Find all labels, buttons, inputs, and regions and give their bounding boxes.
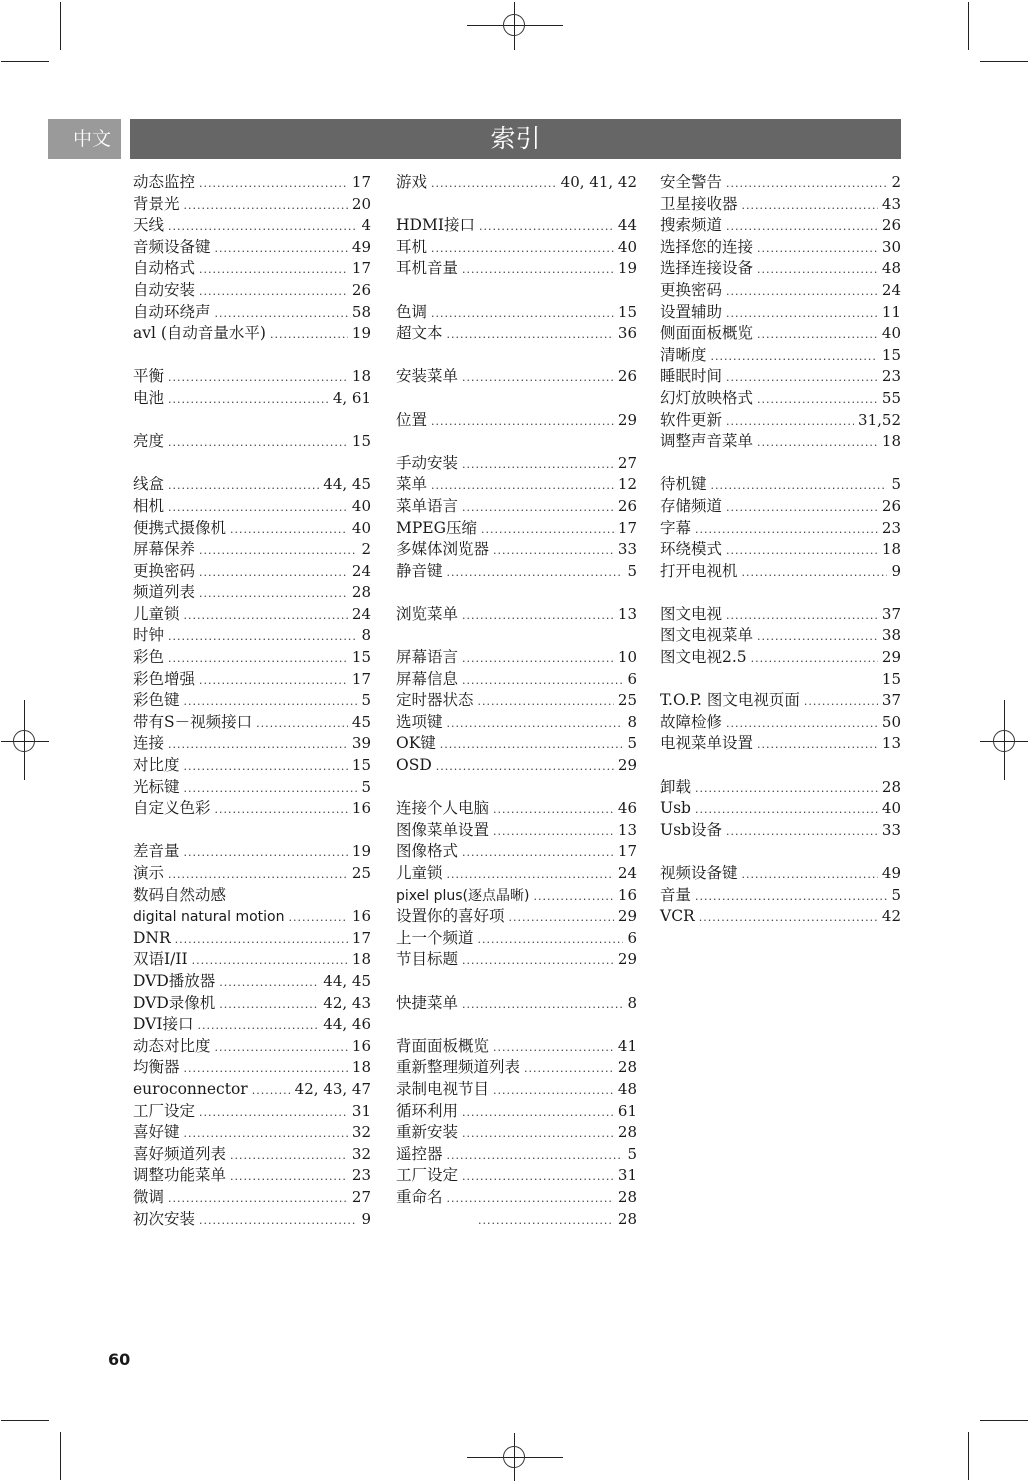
index-term: 光标键 [133, 777, 180, 799]
index-entry: 儿童锁24 [396, 863, 637, 885]
index-page-ref: 4, 61 [333, 388, 371, 410]
index-term: 喜好频道列表 [133, 1144, 226, 1166]
leader-dots [431, 411, 614, 433]
index-term: 搜索频道 [660, 215, 722, 237]
index-entry: 线盒44, 45 [133, 474, 371, 496]
index-page-ref: 29 [618, 949, 637, 971]
leader-dots [493, 1037, 614, 1059]
index-entry: T.O.P. 图文电视页面37 [660, 690, 901, 712]
leader-dots [184, 1123, 348, 1145]
leader-dots [168, 864, 348, 886]
leader-dots [230, 1145, 348, 1167]
index-page-ref: 41 [618, 1036, 637, 1058]
index-term: 图文电视 [660, 604, 722, 626]
index-entry: 选项键8 [396, 712, 637, 734]
index-term: DNR [133, 928, 171, 950]
index-entry: 重新安装28 [396, 1122, 637, 1144]
index-page-ref: 28 [618, 1187, 637, 1209]
leader-dots [695, 519, 878, 541]
index-page-ref: 26 [618, 496, 637, 518]
index-entry: 耳机音量19 [396, 258, 637, 280]
index-page-ref: 29 [618, 906, 637, 928]
index-page-ref: 29 [618, 410, 637, 432]
index-term: 重新安装 [396, 1122, 458, 1144]
index-page-ref: 15 [352, 431, 371, 453]
leader-dots [175, 929, 348, 951]
index-page-ref: 46 [618, 798, 637, 820]
index-page-ref: 16 [352, 906, 371, 928]
leader-dots [742, 195, 878, 217]
index-page-ref: 58 [352, 302, 371, 324]
index-entry: 彩色键5 [133, 690, 371, 712]
index-entry: 选择您的连接30 [660, 237, 901, 259]
leader-dots [711, 475, 888, 497]
index-term: 儿童锁 [396, 863, 443, 885]
index-page-ref: 27 [352, 1187, 371, 1209]
leader-dots [509, 907, 614, 929]
leader-dots [493, 821, 614, 843]
leader-dots [168, 497, 348, 519]
index-term: 屏幕保养 [133, 539, 195, 561]
index-page-ref: 25 [618, 690, 637, 712]
leader-dots [168, 626, 357, 648]
index-term: 均衡器 [133, 1057, 180, 1079]
index-page-ref: 17 [352, 928, 371, 950]
leader-dots [462, 1102, 614, 1124]
crop-mark [968, 1432, 969, 1480]
index-entry: 带有S－视频接口45 [133, 712, 371, 734]
index-page-ref: 18 [352, 366, 371, 388]
index-page-ref: 55 [882, 388, 901, 410]
index-term: 侧面面板概览 [660, 323, 753, 345]
spacer [660, 841, 901, 863]
index-term: 菜单语言 [396, 496, 458, 518]
index-page-ref: 13 [618, 604, 637, 626]
leader-dots [757, 626, 878, 648]
index-entry: OSD29 [396, 755, 637, 777]
index-term: 连接个人电脑 [396, 798, 489, 820]
index-term: 频道列表 [133, 582, 195, 604]
index-page-ref: 40 [618, 237, 637, 259]
index-page-ref: 5 [361, 777, 371, 799]
leader-dots [757, 389, 878, 411]
index-page-ref: 32 [352, 1122, 371, 1144]
leader-dots [726, 713, 878, 735]
index-term: 图像菜单设置 [396, 820, 489, 842]
crop-mark [60, 2, 61, 50]
index-term: MPEG压缩 [396, 518, 477, 540]
index-term: 平衡 [133, 366, 164, 388]
leader-dots [462, 497, 614, 519]
leader-dots [524, 1058, 614, 1080]
index-term: 演示 [133, 863, 164, 885]
index-page-ref: 5 [891, 885, 901, 907]
index-page-ref: 17 [352, 172, 371, 194]
leader-dots [804, 691, 878, 713]
spacer [396, 1014, 637, 1036]
crop-mark [980, 1420, 1028, 1421]
index-term: 色调 [396, 302, 427, 324]
language-tab: 中文 [48, 119, 121, 159]
leader-dots [462, 454, 614, 476]
index-entry: 15 [660, 669, 901, 691]
index-term: 初次安装 [133, 1209, 195, 1231]
leader-dots [447, 1188, 614, 1210]
index-page-ref: 18 [352, 1057, 371, 1079]
index-term: 彩色 [133, 647, 164, 669]
leader-dots [462, 950, 614, 972]
spacer [133, 410, 371, 432]
index-term: 重命名 [396, 1187, 443, 1209]
index-entry: DVD录像机42, 43 [133, 993, 371, 1015]
index-term: 相机 [133, 496, 164, 518]
leader-dots [184, 691, 358, 713]
index-page-ref: 11 [882, 302, 901, 324]
leader-dots [462, 259, 614, 281]
index-term: 屏幕信息 [396, 669, 458, 691]
index-entry: 卫星接收器43 [660, 194, 901, 216]
index-entry: 清晰度15 [660, 345, 901, 367]
index-term: 调整功能菜单 [133, 1165, 226, 1187]
leader-dots [726, 821, 878, 843]
index-page-ref: 48 [882, 258, 901, 280]
index-page-ref: 6 [627, 669, 637, 691]
index-entry: 喜好键32 [133, 1122, 371, 1144]
leader-dots [219, 972, 319, 994]
index-term: 浏览菜单 [396, 604, 458, 626]
leader-dots [168, 734, 348, 756]
index-term: 设置你的喜好项 [396, 906, 505, 928]
index-page-ref: 5 [627, 733, 637, 755]
index-entry: 图像菜单设置13 [396, 820, 637, 842]
index-entry: 工厂设定31 [133, 1101, 371, 1123]
leader-dots [230, 1166, 348, 1188]
index-page-ref: 16 [352, 798, 371, 820]
leader-dots [199, 173, 348, 195]
leader-dots [479, 216, 614, 238]
leader-dots [493, 1080, 614, 1102]
leader-dots [481, 519, 614, 541]
index-entry: 软件更新31,52 [660, 410, 901, 432]
index-entry: 彩色增强17 [133, 669, 371, 691]
index-entry: 数码自然动感 [133, 885, 371, 907]
leader-dots [726, 497, 878, 519]
leader-dots [184, 756, 348, 778]
index-term: 动态监控 [133, 172, 195, 194]
index-term: 数码自然动感 [133, 885, 226, 907]
index-term: 对比度 [133, 755, 180, 777]
index-page-ref: 40 [352, 518, 371, 540]
leader-dots [462, 994, 623, 1016]
index-term: 快捷菜单 [396, 993, 458, 1015]
index-term: 定时器状态 [396, 690, 474, 712]
leader-dots [168, 389, 329, 411]
index-page-ref: 15 [352, 755, 371, 777]
crop-mark [980, 61, 1028, 62]
leader-dots [184, 1058, 348, 1080]
index-page-ref: 19 [352, 841, 371, 863]
leader-dots [699, 907, 878, 929]
index-entry: 视频设备键49 [660, 863, 901, 885]
index-term: 微调 [133, 1187, 164, 1209]
index-page-ref: 18 [882, 431, 901, 453]
index-page-ref: 33 [882, 820, 901, 842]
leader-dots [199, 583, 348, 605]
index-term: 视频设备键 [660, 863, 738, 885]
index-term: 儿童锁 [133, 604, 180, 626]
index-page-ref: 28 [618, 1209, 637, 1231]
index-page-ref: 15 [882, 669, 901, 691]
leader-dots [726, 281, 878, 303]
leader-dots [199, 259, 348, 281]
index-entry: 幻灯放映格式55 [660, 388, 901, 410]
leader-dots [215, 799, 348, 821]
index-term: 自动环绕声 [133, 302, 211, 324]
index-term: 便携式摄像机 [133, 518, 226, 540]
index-entry: VCR42 [660, 906, 901, 928]
index-term: 调整声音菜单 [660, 431, 753, 453]
leader-dots [219, 994, 319, 1016]
index-term: 更换密码 [660, 280, 722, 302]
index-page-ref: 33 [618, 539, 637, 561]
index-entry: 屏幕保养2 [133, 539, 371, 561]
index-entry: 超文本36 [396, 323, 637, 345]
index-term: 电视菜单设置 [660, 733, 753, 755]
index-page-ref: 13 [882, 733, 901, 755]
page-number: 60 [108, 1350, 130, 1369]
leader-dots [751, 648, 878, 670]
leader-dots [168, 648, 348, 670]
spacer [133, 453, 371, 475]
index-entry: 双语I/II18 [133, 949, 371, 971]
index-entry: 静音键5 [396, 561, 637, 583]
index-page-ref: 8 [627, 993, 637, 1015]
spacer [396, 971, 637, 993]
index-page-ref: 26 [882, 496, 901, 518]
leader-dots [440, 734, 624, 756]
index-entry: 背景光20 [133, 194, 371, 216]
index-term: 亮度 [133, 431, 164, 453]
index-entry: OK键5 [396, 733, 637, 755]
index-entry: Usb设备33 [660, 820, 901, 842]
leader-dots [199, 1210, 357, 1232]
index-page-ref: 23 [882, 518, 901, 540]
index-entry: 图像格式17 [396, 841, 637, 863]
index-page-ref: 28 [618, 1057, 637, 1079]
leader-dots [184, 605, 348, 627]
leader-dots [757, 432, 878, 454]
index-entry: 频道列表28 [133, 582, 371, 604]
leader-dots [757, 324, 878, 346]
index-term: OSD [396, 755, 432, 777]
leader-dots [230, 519, 348, 541]
index-page-ref: 48 [618, 1079, 637, 1101]
index-entry: 录制电视节目48 [396, 1079, 637, 1101]
index-entry: 初次安装9 [133, 1209, 371, 1231]
spacer [396, 582, 637, 604]
leader-dots [447, 1145, 624, 1167]
index-entry: 平衡18 [133, 366, 371, 388]
index-entry: 打开电视机9 [660, 561, 901, 583]
leader-dots [252, 1080, 291, 1102]
index-term: 音量 [660, 885, 691, 907]
index-entry: 待机键5 [660, 474, 901, 496]
index-term: 图文电视2.5 [660, 647, 747, 669]
index-term: 卸载 [660, 777, 691, 799]
spacer [396, 388, 637, 410]
leader-dots [270, 324, 348, 346]
crop-mark [1, 61, 49, 62]
index-term: 幻灯放映格式 [660, 388, 753, 410]
index-entry: 循环利用61 [396, 1101, 637, 1123]
index-entry: 电池4, 61 [133, 388, 371, 410]
index-page-ref: 61 [618, 1101, 637, 1123]
index-term: 带有S－视频接口 [133, 712, 252, 734]
index-page-ref: 24 [352, 604, 371, 626]
leader-dots [726, 605, 878, 627]
leader-dots [168, 1188, 348, 1210]
index-entry: 更换密码24 [660, 280, 901, 302]
index-page-ref: 5 [891, 474, 901, 496]
index-page-ref: 25 [352, 863, 371, 885]
index-entry: 图文电视2.529 [660, 647, 901, 669]
spacer [396, 777, 637, 799]
index-entry: 图文电视菜单38 [660, 625, 901, 647]
index-entry: 背面面板概览41 [396, 1036, 637, 1058]
index-page-ref: 36 [618, 323, 637, 345]
index-entry: 菜单语言26 [396, 496, 637, 518]
index-term: OK键 [396, 733, 436, 755]
index-term: 彩色键 [133, 690, 180, 712]
index-term: 录制电视节目 [396, 1079, 489, 1101]
leader-dots [436, 756, 614, 778]
index-term: 连接 [133, 733, 164, 755]
index-page-ref: 6 [627, 928, 637, 950]
index-page-ref: 23 [352, 1165, 371, 1187]
index-page-ref: 32 [352, 1144, 371, 1166]
index-term: 故障检修 [660, 712, 722, 734]
index-entry: 重命名28 [396, 1187, 637, 1209]
index-page-ref: 5 [627, 1144, 637, 1166]
index-entry: 快捷菜单8 [396, 993, 637, 1015]
index-term: 电池 [133, 388, 164, 410]
index-term: 耳机音量 [396, 258, 458, 280]
leader-dots [493, 799, 614, 821]
index-entry: DNR17 [133, 928, 371, 950]
index-page-ref: 27 [618, 453, 637, 475]
index-page-ref: 31,52 [858, 410, 901, 432]
index-term: 天线 [133, 215, 164, 237]
index-entry: 亮度15 [133, 431, 371, 453]
index-term: 游戏 [396, 172, 427, 194]
index-term: 选项键 [396, 712, 443, 734]
index-page-ref: 29 [618, 755, 637, 777]
index-entry: 设置辅助11 [660, 302, 901, 324]
spacer [660, 582, 901, 604]
index-term: 菜单 [396, 474, 427, 496]
index-entry: 睡眠时间23 [660, 366, 901, 388]
index-term: 软件更新 [660, 410, 722, 432]
leader-dots [695, 886, 887, 908]
index-term: 超文本 [396, 323, 443, 345]
index-term: Usb [660, 798, 691, 820]
index-term: 耳机 [396, 237, 427, 259]
leader-dots [197, 1015, 319, 1037]
leader-dots [726, 303, 878, 325]
index-page-ref: 37 [882, 604, 901, 626]
leader-dots [462, 367, 614, 389]
leader-dots [431, 238, 614, 260]
leader-dots [168, 475, 319, 497]
index-page-ref: 28 [882, 777, 901, 799]
index-page-ref: 30 [882, 237, 901, 259]
index-entry: pixel plus(逐点晶晰)16 [396, 885, 637, 907]
index-page-ref: 24 [882, 280, 901, 302]
index-entry: 屏幕信息6 [396, 669, 637, 691]
index-term: pixel plus(逐点晶晰) [396, 886, 529, 908]
leader-dots [695, 799, 878, 821]
index-entry: 动态监控17 [133, 172, 371, 194]
index-entry: 便携式摄像机40 [133, 518, 371, 540]
index-page-ref: 5 [627, 561, 637, 583]
index-page-ref: 12 [618, 474, 637, 496]
leader-dots [447, 713, 624, 735]
index-entry: 图文电视37 [660, 604, 901, 626]
leader-dots [757, 259, 878, 281]
index-page-ref: 9 [891, 561, 901, 583]
index-page-ref: 2 [361, 539, 371, 561]
index-term: 背景光 [133, 194, 180, 216]
index-entry: 光标键5 [133, 777, 371, 799]
index-page-ref: 31 [618, 1165, 637, 1187]
index-page-ref: 45 [352, 712, 371, 734]
index-term: 节目标题 [396, 949, 458, 971]
spacer [660, 755, 901, 777]
index-entry: 均衡器18 [133, 1057, 371, 1079]
leader-dots [462, 670, 623, 692]
index-page-ref: 40 [882, 798, 901, 820]
index-page-ref: 42, 43, 47 [295, 1079, 371, 1101]
index-entry: DVI接口44, 46 [133, 1014, 371, 1036]
index-term: 图像格式 [396, 841, 458, 863]
spacer [396, 431, 637, 453]
index-term: 设置辅助 [660, 302, 722, 324]
index-entry: 节目标题29 [396, 949, 637, 971]
index-page-ref: 26 [352, 280, 371, 302]
index-page-ref: 17 [618, 841, 637, 863]
leader-dots [726, 216, 878, 238]
index-term: 待机键 [660, 474, 707, 496]
index-page-ref: 10 [618, 647, 637, 669]
index-term: 多媒体浏览器 [396, 539, 489, 561]
spacer [396, 345, 637, 367]
index-page-ref: 9 [361, 1209, 371, 1231]
leader-dots [431, 475, 614, 497]
leader-dots [447, 864, 614, 886]
leader-dots [256, 713, 348, 735]
spacer [133, 345, 371, 367]
index-entry: Usb40 [660, 798, 901, 820]
index-entry: 手动安装27 [396, 453, 637, 475]
index-entry: 搜索频道26 [660, 215, 901, 237]
index-entry: 存储频道26 [660, 496, 901, 518]
leader-dots [168, 367, 348, 389]
index-term: 音频设备键 [133, 237, 211, 259]
index-entry: 故障检修50 [660, 712, 901, 734]
index-entry: 音频设备键49 [133, 237, 371, 259]
index-entry: 屏幕语言10 [396, 647, 637, 669]
index-entry: 调整声音菜单18 [660, 431, 901, 453]
